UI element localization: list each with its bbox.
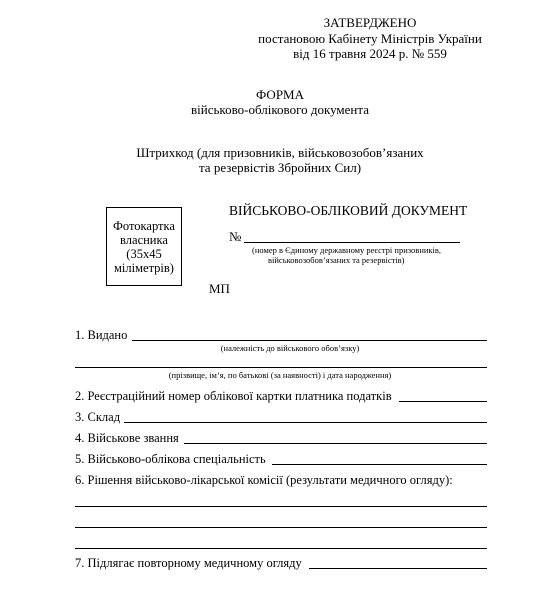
field-medical-label: 6. Рішення військово-лікарської комісії … <box>75 473 453 488</box>
field-tax-number-label: 2. Реєстраційний номер облікової картки … <box>75 389 392 404</box>
approval-resolution: постановою Кабінету Міністрів України <box>250 31 490 46</box>
document-title: ВІЙСЬКОВО-ОБЛІКОВИЙ ДОКУМЕНТ <box>229 203 467 218</box>
photo-label-2: власника <box>120 233 168 247</box>
field-issued-input[interactable] <box>132 328 487 341</box>
field-medical-line-3[interactable] <box>75 536 487 549</box>
stamp-placeholder: МП <box>209 281 230 296</box>
approval-date: від 16 травня 2024 р. № 559 <box>260 46 480 61</box>
field-fullname-hint: (прізвище, ім’я, по батькові (за наявнос… <box>120 370 440 380</box>
field-specialty-label: 5. Військово-облікова спеціальність <box>75 452 266 467</box>
form-subtitle: військово-облікового документа <box>160 102 400 117</box>
number-hint-line1: (номер в Єдиному державному реєстрі приз… <box>252 245 441 255</box>
field-composition-label: 3. Склад <box>75 410 120 425</box>
field-reexam-input[interactable] <box>309 556 487 569</box>
field-fullname-input[interactable] <box>75 355 487 368</box>
photo-label-4: міліметрів) <box>114 261 174 275</box>
photo-label-3: (35х45 <box>126 247 161 261</box>
barcode-caption-line2: та резервістів Збройних Сил) <box>160 160 400 175</box>
field-rank-input[interactable] <box>184 431 487 444</box>
field-composition-input[interactable] <box>124 410 487 423</box>
field-specialty-input[interactable] <box>272 452 487 465</box>
form-title: ФОРМА <box>180 87 380 102</box>
photo-label-1: Фотокартка <box>113 219 175 233</box>
field-reexam-label: 7. Підлягає повторному медичному огляду <box>75 556 302 571</box>
field-medical-line-1[interactable] <box>75 494 487 507</box>
barcode-caption-line1: Штрихкод (для призовників, військовозобо… <box>120 145 440 160</box>
approval-title: ЗАТВЕРДЖЕНО <box>260 15 480 30</box>
field-rank-label: 4. Військове звання <box>75 431 179 446</box>
number-label: № <box>229 229 241 244</box>
field-tax-number-input[interactable] <box>399 389 487 402</box>
field-medical-line-2[interactable] <box>75 515 487 528</box>
number-field[interactable] <box>244 230 460 243</box>
field-issued-hint: (належність до військового обов’язку) <box>180 343 400 353</box>
photo-placeholder: Фотокартка власника (35х45 міліметрів) <box>106 207 182 286</box>
number-hint-line2: військовозобов’язаних та резервістів) <box>268 255 405 265</box>
field-issued-label: 1. Видано <box>75 328 127 343</box>
